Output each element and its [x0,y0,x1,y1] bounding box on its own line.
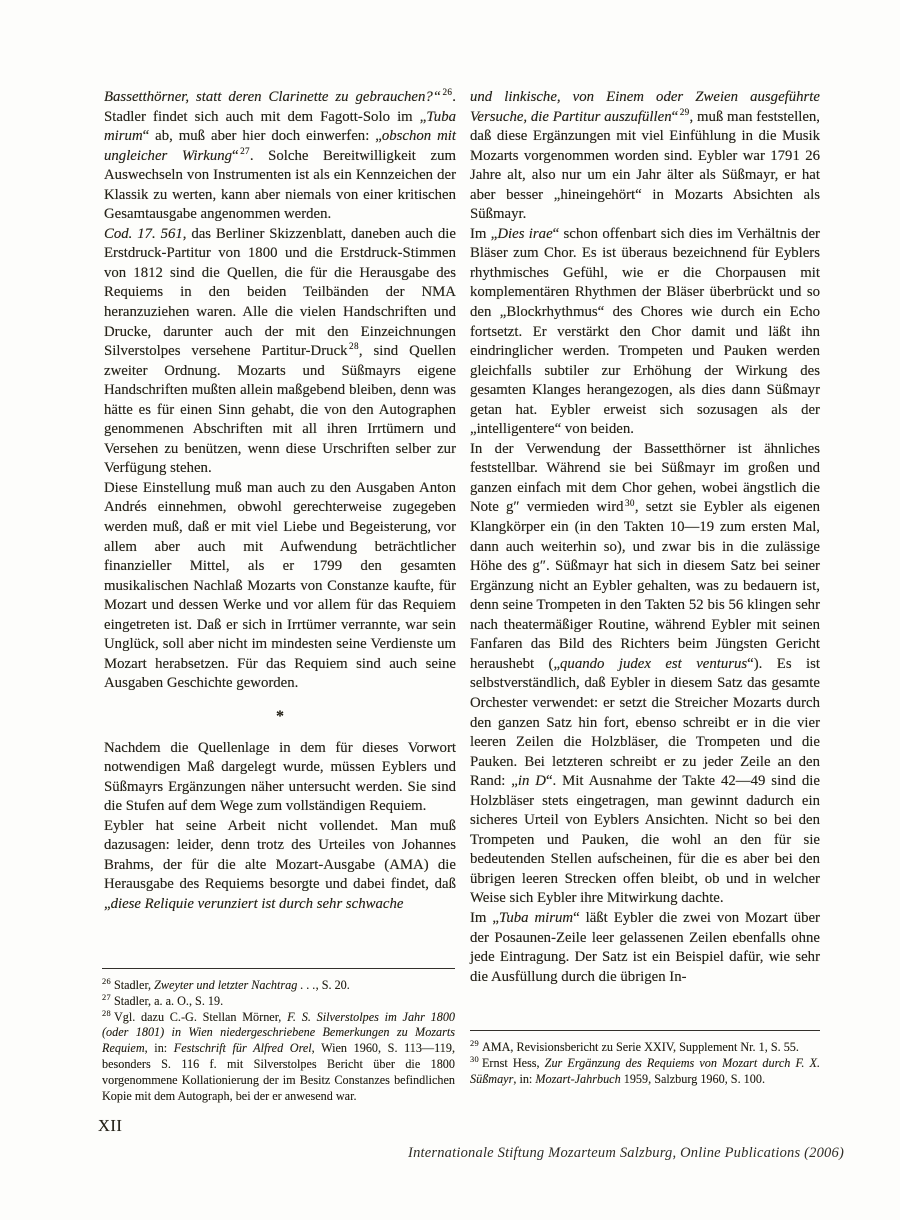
left-column: Bassetthörner, statt deren Clarinette zu… [104,88,456,914]
footnote: 26Stadler, Zweyter und letzter Nachtrag … [102,978,455,994]
footnote: 30Ernst Hess, Zur Ergänzung des Requiems… [470,1056,820,1088]
right-footnotes: 29AMA, Revisionsbericht zu Serie XXIV, S… [470,1030,820,1087]
book-page: Bassetthörner, statt deren Clarinette zu… [0,0,900,1220]
credit-line: Internationale Stiftung Mozarteum Salzbu… [408,1145,844,1162]
footnote: 27Stadler, a. a. O., S. 19. [102,994,455,1010]
footnote: 29AMA, Revisionsbericht zu Serie XXIV, S… [470,1040,820,1056]
left-footnotes: 26Stadler, Zweyter und letzter Nachtrag … [102,968,455,1104]
paragraph: Eybler hat seine Arbeit nicht vollendet.… [104,817,456,915]
right-column: und linkische, von Einem oder Zweien aus… [470,88,820,987]
page-number: XII [98,1116,122,1136]
paragraph: Im „Dies irae“ schon offenbart sich dies… [470,225,820,440]
footnote: 28Vgl. dazu C.-G. Stellan Mörner, F. S. … [102,1010,455,1105]
paragraph: und linkische, von Einem oder Zweien aus… [470,88,820,225]
paragraph: Cod. 17. 561, das Berliner Skizzenblatt,… [104,225,456,479]
paragraph: In der Verwendung der Bassetthörner ist … [470,440,820,909]
paragraph: Bassetthörner, statt deren Clarinette zu… [104,88,456,225]
paragraph: Nachdem die Quellenlage in dem für diese… [104,739,456,817]
paragraph: Im „Tuba mirum“ läßt Eybler die zwei von… [470,909,820,987]
paragraph: Diese Einstellung muß man auch zu den Au… [104,479,456,694]
section-separator: * [104,707,456,727]
